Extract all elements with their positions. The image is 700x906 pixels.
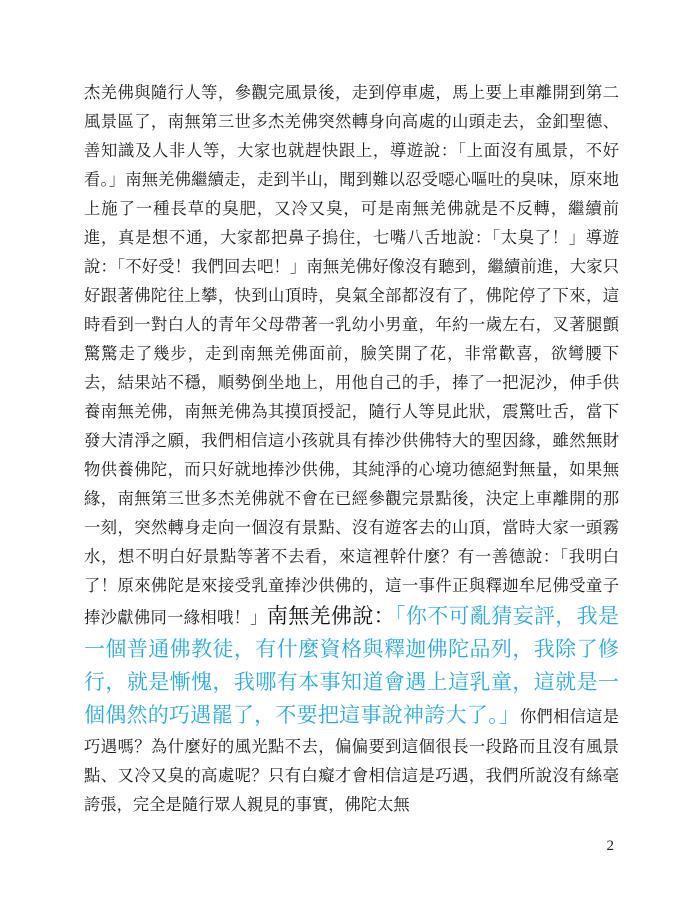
text-segment-body-text: 杰羌佛與隨行人等，參觀完風景後，走到停車處，馬上要上車離開到第二風景區了，南無第… [84, 83, 619, 627]
text-segment-speaker-attribution: 南無羌佛說： [267, 604, 395, 628]
document-text: 杰羌佛與隨行人等，參觀完風景後，走到停車處，馬上要上車離開到第二風景區了，南無第… [84, 78, 619, 819]
document-page: 杰羌佛與隨行人等，參觀完風景後，走到停車處，馬上要上車離開到第二風景區了，南無第… [0, 0, 700, 906]
page-number: 2 [607, 836, 615, 856]
